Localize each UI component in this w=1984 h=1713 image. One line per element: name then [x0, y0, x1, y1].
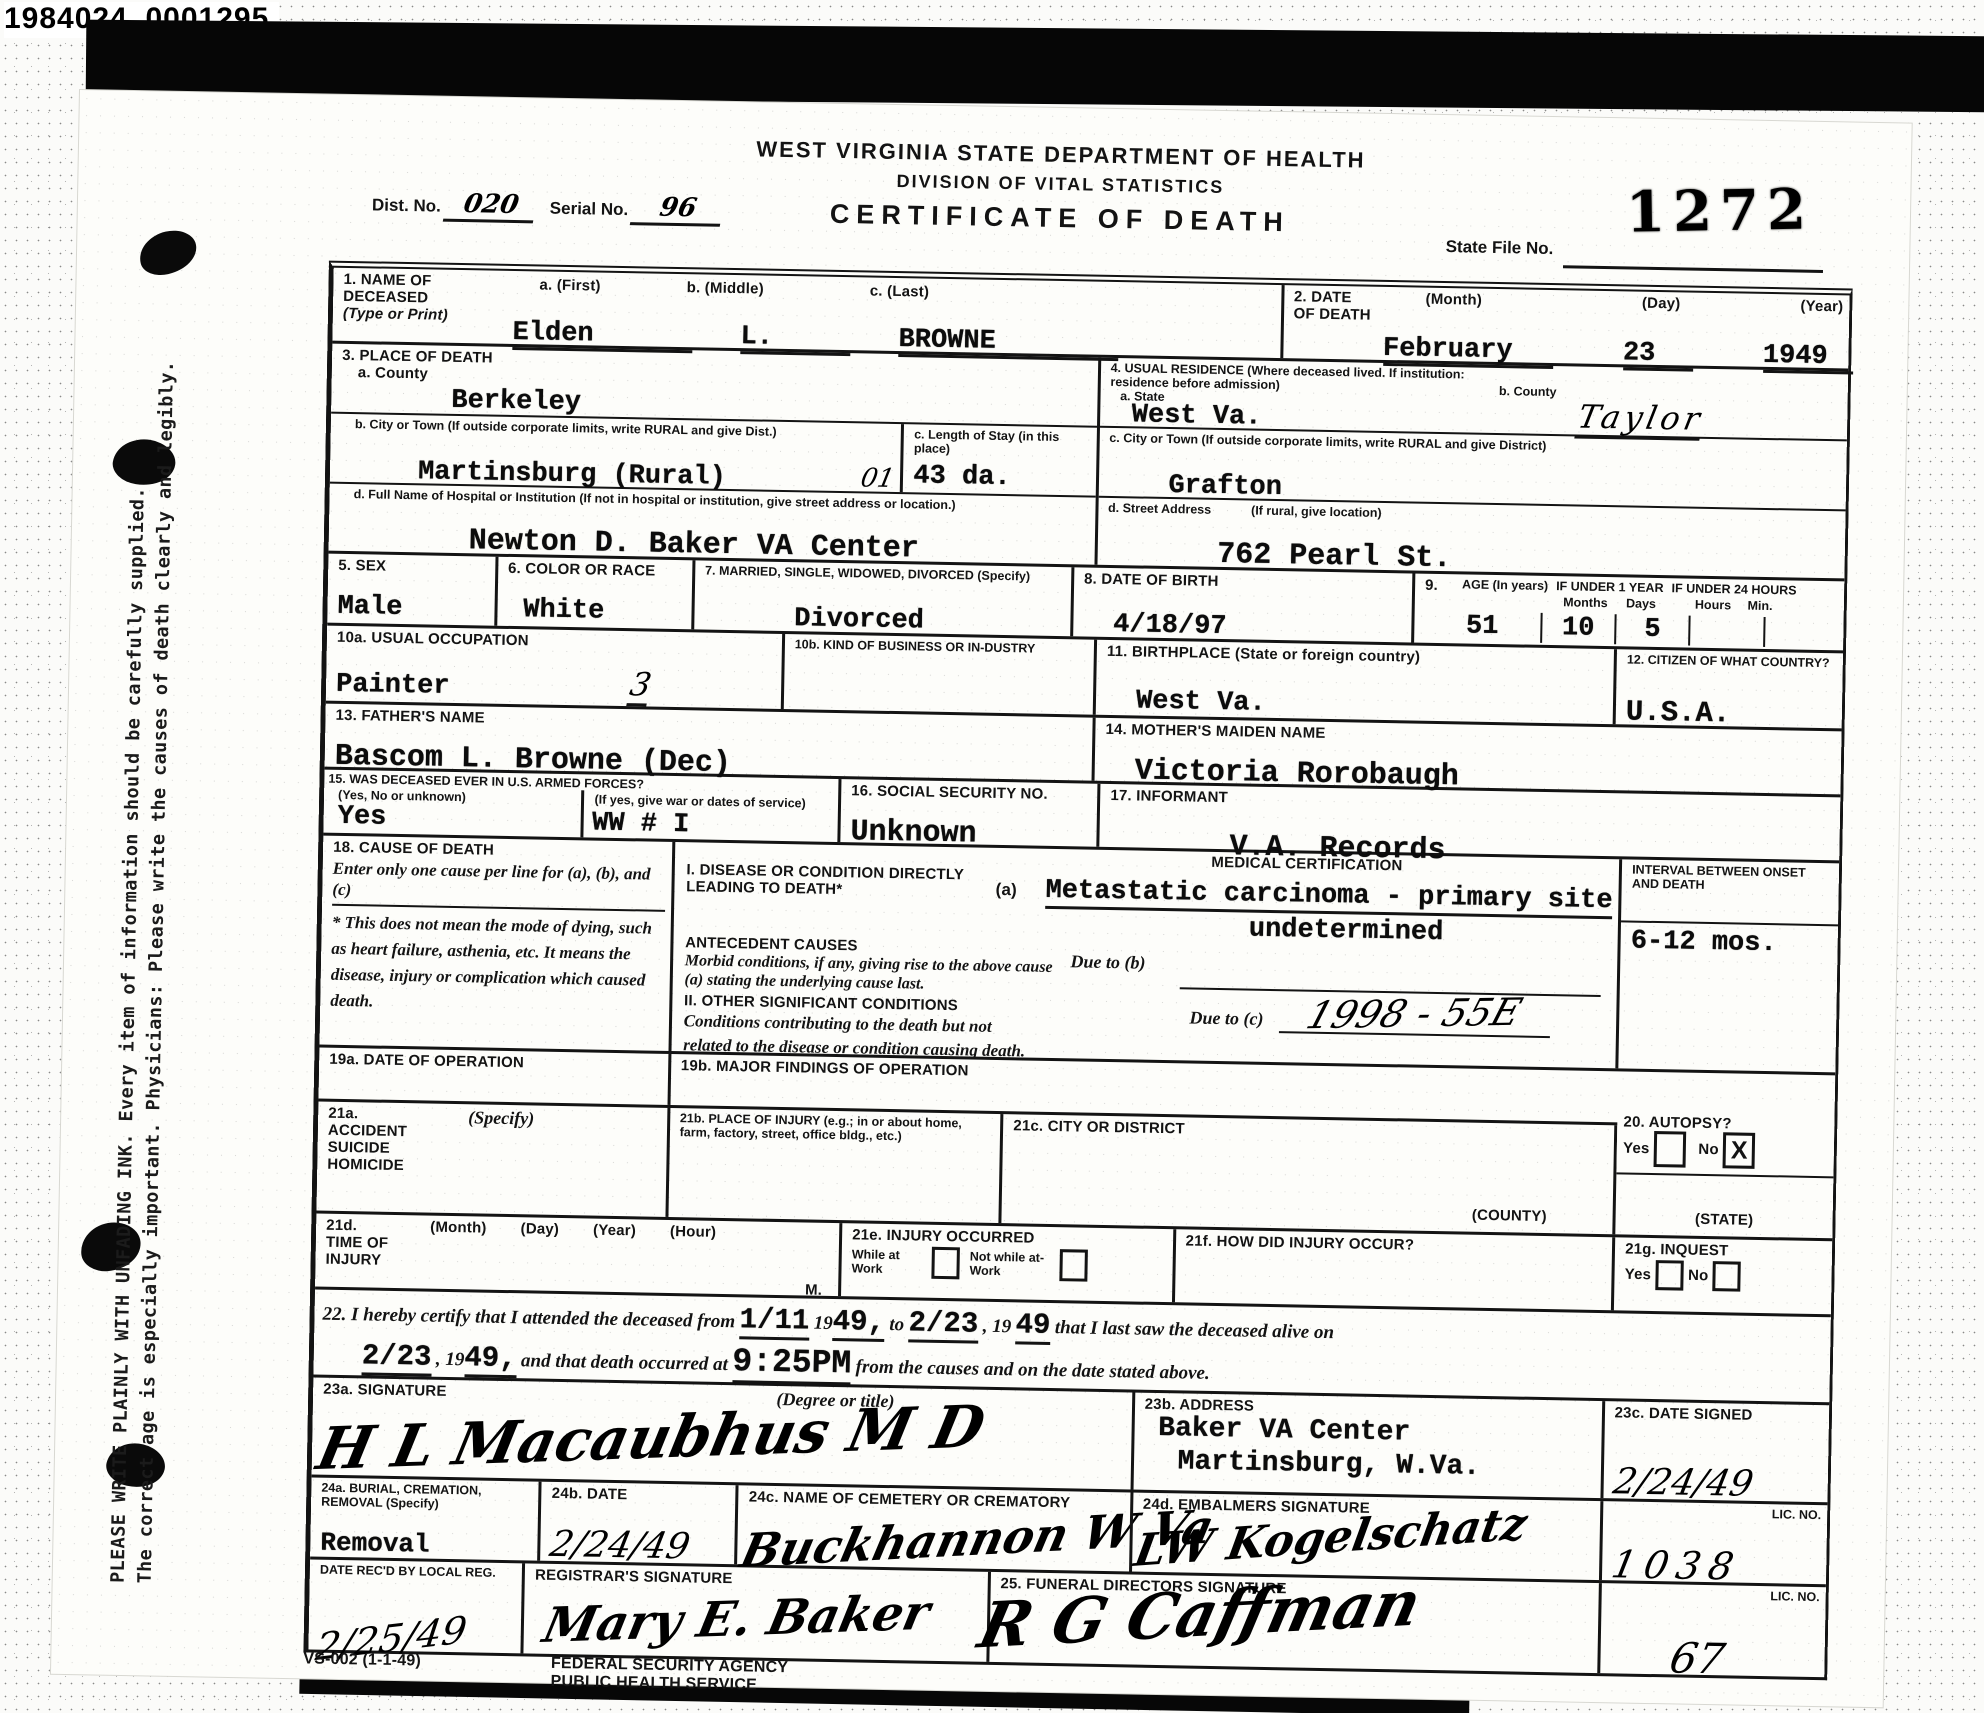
- business-label: 10b. KIND OF BUSINESS OR IN-DUSTRY: [795, 637, 1088, 656]
- age-years-value: 51: [1424, 611, 1540, 643]
- field-burial-removal: 24a. BURIAL, CREMATION, REMOVAL (Specify…: [310, 1477, 539, 1560]
- state-file-label: State File No.: [1445, 237, 1553, 259]
- name-sublabel: (Type or Print): [343, 305, 513, 325]
- cert-p1: 22. I hereby certify that I attended the…: [322, 1304, 735, 1333]
- occupation-label: 10a. USUAL OCCUPATION: [337, 629, 776, 654]
- cert-p8: from the causes and on the date stated a…: [855, 1356, 1209, 1383]
- field-physician-address: 23b. ADDRESS Baker VA Center Martinsburg…: [1130, 1392, 1602, 1498]
- toi-day: (Day): [520, 1220, 559, 1272]
- toi-month: (Month): [429, 1219, 486, 1271]
- cert-p3: to: [889, 1314, 904, 1335]
- inquest-label: 21g. INQUEST: [1625, 1241, 1826, 1262]
- hours-label: Hours: [1695, 598, 1731, 613]
- not-while-at-work-checkbox: [1059, 1249, 1088, 1282]
- field-mother-name: 14. MOTHER'S MAIDEN NAME Victoria Roroba…: [1092, 718, 1842, 795]
- field-race: 6. COLOR OR RACE White: [494, 557, 692, 630]
- length-of-stay-value: 43 da.: [913, 462, 1090, 493]
- field-date-of-birth: 8. DATE OF BIRTH 4/18/97: [1070, 567, 1412, 642]
- form-title-block: WEST VIRGINIA STATE DEPARTMENT OF HEALTH…: [610, 134, 1512, 242]
- due-to-b-label: Due to (b): [1070, 951, 1145, 973]
- interval-label: INTERVAL BETWEEN ONSET AND DEATH: [1632, 863, 1833, 895]
- inquest-no-checkbox: [1713, 1261, 1742, 1292]
- inquest-yes-checkbox: [1655, 1260, 1684, 1291]
- field-funeral-license: LIC. NO. 67: [1597, 1583, 1826, 1677]
- field-cemetery: 24c. NAME OF CEMETERY OR CREMATORY Buckh…: [735, 1485, 1131, 1571]
- days-label: Days: [1626, 596, 1656, 611]
- field-father-name: 13. FATHER'S NAME Bascom L. Browne (Dec): [325, 704, 1093, 781]
- cert-year2: 49: [1015, 1308, 1050, 1345]
- field-embalmer-signature: 24d. EMBALMERS SIGNATURE LW Kogelschatz: [1129, 1492, 1600, 1580]
- field-inquest: 21g. INQUEST Yes No: [1611, 1237, 1832, 1314]
- dist-no-value: 020: [442, 189, 538, 224]
- field-accident-suicide-homicide: 21a. ACCIDENT SUICIDE HOMICIDE (Specify): [317, 1102, 668, 1217]
- not-while-at-work-label: Not while at-Work: [969, 1250, 1049, 1279]
- certificate-title: CERTIFICATE OF DEATH: [610, 195, 1510, 242]
- cert-to-date: 2/23: [908, 1306, 978, 1343]
- age-months-value: 10: [1540, 613, 1615, 644]
- state-tag: (STATE): [1615, 1204, 1832, 1238]
- field-registrar-signature: REGISTRAR'S SIGNATURE Mary E. Baker: [521, 1563, 988, 1662]
- age-label: AGE (In years): [1462, 577, 1549, 611]
- burial-date-label: 24b. DATE: [552, 1485, 730, 1505]
- autopsy-yes-label: Yes: [1623, 1140, 1650, 1157]
- date-signed-value: 2/24/49: [1611, 1468, 1825, 1500]
- funeral-lic-label: LIC. NO.: [1611, 1586, 1820, 1604]
- cert-from-date: 1/11: [739, 1303, 809, 1340]
- field-interval-onset-death: INTERVAL BETWEEN ONSET AND DEATH 6-12 mo…: [1616, 859, 1840, 1072]
- inquest-no-label: No: [1688, 1267, 1709, 1284]
- address-line1: Baker VA Center: [1158, 1413, 1595, 1452]
- business-value: [794, 707, 1087, 712]
- county-tag: (COUNTY): [1472, 1202, 1547, 1231]
- min-label: Min.: [1747, 599, 1772, 613]
- autopsy-no-checkbox: X: [1723, 1132, 1756, 1169]
- while-at-work-checkbox: [931, 1247, 960, 1280]
- form-header: Dist. No. 020 Serial No. 96 WEST VIRGINI…: [329, 121, 1855, 289]
- how-injury-label: 21f. HOW DID INJURY OCCUR?: [1185, 1232, 1606, 1257]
- field-place-of-injury: 21b. PLACE OF INJURY (e.g.; in or about …: [665, 1108, 1000, 1223]
- autopsy-no-mark: X: [1731, 1136, 1748, 1165]
- certificate-form: 1. NAME OF DECEASED (Type or Print) a. (…: [303, 261, 1852, 1681]
- field-funeral-director-signature: 25. FUNERAL DIRECTORS SIGNATURE R G Caff…: [986, 1572, 1598, 1673]
- burial-label: 24a. BURIAL, CREMATION, REMOVAL (Specify…: [321, 1481, 533, 1513]
- disease-condition-label: I. DISEASE OR CONDITION DIRECTLY LEADING…: [686, 861, 1000, 901]
- length-of-stay-label: c. Length of Stay (in this place): [914, 427, 1091, 458]
- due-to-c-handwritten: 1998 - 55E: [1302, 990, 1528, 1037]
- months-label: Months: [1563, 595, 1608, 610]
- field-usual-residence: 4. USUAL RESIDENCE (Where deceased lived…: [1094, 358, 1848, 579]
- death-certificate-paper: PLEASE WRITE PLAINLY WITH UNFADING INK. …: [51, 90, 1912, 1707]
- due-to-c-label: Due to (c): [1189, 1007, 1263, 1029]
- if-under-1-year-label: IF UNDER 1 YEAR: [1556, 579, 1664, 595]
- day-label: (Day): [1641, 295, 1680, 330]
- toi-year: (Year): [592, 1222, 636, 1274]
- field-place-of-death: 3. PLACE OF DEATH a. County Berkeley b. …: [329, 344, 1098, 565]
- residence-city-value: Grafton: [1168, 471, 1282, 503]
- birthplace-label: 11. BIRTHPLACE (State or foreign country…: [1107, 643, 1608, 669]
- field-sex: 5. SEX Male: [327, 554, 495, 626]
- date-signed-label: 23c. DATE SIGNED: [1614, 1404, 1823, 1425]
- year-label: (Year): [1800, 298, 1844, 333]
- field-physician-signature: 23a. SIGNATURE (Degree or title) H L Mac…: [312, 1377, 1132, 1489]
- field-age: 9. AGE (In years) IF UNDER 1 YEAR Months…: [1411, 573, 1844, 650]
- cert-p7: and that death occurred at: [521, 1350, 728, 1375]
- dob-value: 4/18/97: [1113, 611, 1406, 644]
- street-label: d. Street Address: [1108, 501, 1211, 517]
- field-date-signed: 23c. DATE SIGNED 2/24/49: [1600, 1401, 1829, 1502]
- name-label: 1. NAME OF DECEASED: [343, 271, 514, 308]
- citizenship-label: 12. CITIZEN OF WHAT COUNTRY?: [1627, 652, 1837, 670]
- state-file-number-stamp: 1272: [1626, 177, 1815, 246]
- accident-specify: (Specify): [467, 1107, 534, 1176]
- marital-value: Divorced: [794, 605, 1064, 638]
- field-how-injury-occurred: 21f. HOW DID INJURY OCCUR?: [1172, 1229, 1613, 1310]
- cause-note-2: * This does not mean the mode of dying, …: [330, 910, 665, 1020]
- field-time-of-injury: 21d. TIME OF INJURY (Month) (Day) (Year)…: [315, 1214, 839, 1297]
- date-of-operation-label: 19a. DATE OF OPERATION: [329, 1051, 662, 1074]
- inquest-yes-label: Yes: [1625, 1266, 1652, 1283]
- age-min-value: [1763, 617, 1838, 648]
- field-occupation: 10a. USUAL OCCUPATION Painter 3: [326, 626, 782, 709]
- address-line2: Martinsburg, W.Va.: [1177, 1446, 1594, 1485]
- accident-label: 21a. ACCIDENT SUICIDE HOMICIDE: [327, 1105, 438, 1175]
- age-days-value: 5: [1614, 614, 1689, 645]
- signature-label: 23a. SIGNATURE: [323, 1381, 447, 1404]
- field-injury-occurred: 21e. INJURY OCCURRED While at Work Not w…: [838, 1223, 1173, 1302]
- field-date-of-death: 2. DATE OF DEATH (Month) (Day) (Year) Fe…: [1280, 285, 1850, 368]
- cert-p2: 19: [814, 1313, 833, 1334]
- field-autopsy: 20. AUTOPSY? Yes No X (STATE): [1612, 1125, 1834, 1238]
- field-birthplace: 11. BIRTHPLACE (State or foreign country…: [1093, 640, 1614, 725]
- dob-label: 8. DATE OF BIRTH: [1084, 570, 1406, 593]
- cert-year1: 49,: [832, 1305, 885, 1342]
- field-business-industry: 10b. KIND OF BUSINESS OR IN-DUSTRY: [781, 634, 1095, 715]
- date-of-death-label: 2. DATE OF DEATH: [1293, 288, 1375, 323]
- cause-a-line1: Metastatic carcinoma - primary site: [1045, 876, 1613, 919]
- cert-time-of-death: 9:25PM: [732, 1343, 852, 1385]
- sex-label: 5. SEX: [338, 557, 489, 577]
- field-city-or-district: 21c. CITY OR DISTRICT (COUNTY): [999, 1114, 1615, 1234]
- armed-forces-value: Yes: [337, 803, 577, 835]
- race-label: 6. COLOR OR RACE: [508, 560, 686, 580]
- cause-note-1: Enter only one cause per line for (a), (…: [332, 858, 665, 912]
- age-hours-value: [1688, 616, 1763, 647]
- burial-value: Removal: [320, 1529, 532, 1561]
- date-received-label: DATE REC'D BY LOCAL REG.: [320, 1563, 516, 1581]
- armed-forces-war-value: WW # I: [592, 810, 690, 840]
- place-of-injury-label: 21b. PLACE OF INJURY (e.g.; in or about …: [680, 1111, 995, 1145]
- field-informant: 17. INFORMANT V.A. Records: [1096, 784, 1840, 861]
- occupation-value: Painter: [336, 671, 775, 707]
- registrar-signature-script: Mary E. Baker: [538, 1585, 935, 1655]
- state-file-line: [1563, 265, 1823, 273]
- embalmer-lic-value: 1038: [1609, 1550, 1823, 1582]
- burial-date-value: 2/24/49: [548, 1531, 731, 1562]
- cause-a-tag: (a): [995, 881, 1017, 898]
- autopsy-no-label: No: [1698, 1141, 1719, 1158]
- antecedent-note: Morbid conditions, if any, giving rise t…: [684, 951, 1070, 996]
- death-city-district-handwritten: 01: [858, 463, 897, 494]
- field-armed-forces: 15. WAS DECEASED EVER IN U.S. ARMED FORC…: [323, 770, 838, 842]
- cert-year3: 49,: [464, 1341, 517, 1378]
- armed-forces-note2: (If yes, give war or dates of service): [594, 793, 834, 811]
- death-county-value: Berkeley: [451, 386, 581, 418]
- interval-value: 6-12 mos.: [1631, 927, 1832, 961]
- field-burial-date: 24b. DATE 2/24/49: [538, 1482, 736, 1565]
- ssn-label: 16. SOCIAL SECURITY NO.: [851, 782, 1092, 803]
- field-date-of-operation: 19a. DATE OF OPERATION: [319, 1048, 669, 1105]
- birthplace-value: West Va.: [1136, 687, 1607, 724]
- time-of-injury-label: 21d. TIME OF INJURY: [325, 1217, 396, 1269]
- physician-signature-script: H L Macaubhus M D: [311, 1392, 990, 1483]
- street-note: (If rural, give location): [1251, 504, 1382, 520]
- cert-p6: , 19: [436, 1349, 465, 1371]
- month-label: (Month): [1425, 291, 1482, 326]
- funeral-lic-value: 67: [1667, 1644, 1821, 1675]
- autopsy-yes-checkbox: [1654, 1131, 1687, 1168]
- race-value: White: [523, 596, 686, 627]
- field-citizenship: 12. CITIZEN OF WHAT COUNTRY? U.S.A.: [1613, 649, 1843, 728]
- toi-hour: (Hour): [669, 1223, 716, 1275]
- form-number: VS-002 (1-1-49): [303, 1650, 421, 1669]
- sex-value: Male: [337, 593, 488, 624]
- cert-p5: that I last saw the deceased alive on: [1055, 1317, 1335, 1343]
- cert-p4: , 19: [982, 1316, 1011, 1338]
- dist-no-label: Dist. No.: [372, 195, 441, 215]
- residence-county-value: Taylor: [1574, 398, 1707, 441]
- embalmer-lic-label: LIC. NO.: [1613, 1504, 1822, 1522]
- field-name-of-deceased: 1. NAME OF DECEASED (Type or Print) a. (…: [332, 268, 1281, 358]
- while-at-work-label: While at Work: [851, 1247, 922, 1276]
- cert-alive-date: 2/23: [361, 1339, 431, 1376]
- cause-of-death-notes: 18. CAUSE OF DEATH Enter only one cause …: [320, 836, 672, 1051]
- field-embalmer-license: LIC. NO. 1038: [1599, 1501, 1828, 1584]
- if-under-24-hours-label: IF UNDER 24 HOURS: [1671, 581, 1796, 597]
- field-date-received: DATE REC'D BY LOCAL REG. 2/25/49: [308, 1559, 522, 1653]
- age-number-label: 9.: [1425, 577, 1439, 609]
- marital-label: 7. MARRIED, SINGLE, WIDOWED, DIVORCED (S…: [705, 564, 1065, 585]
- field-ssn: 16. SOCIAL SECURITY NO. Unknown: [837, 779, 1097, 847]
- scanned-document-page: 1984024_0001295 PLEASE WRITE PLAINLY WIT…: [0, 0, 1984, 1713]
- citizenship-value: U.S.A.: [1626, 698, 1836, 730]
- field-marital-status: 7. MARRIED, SINGLE, WIDOWED, DIVORCED (S…: [691, 560, 1071, 636]
